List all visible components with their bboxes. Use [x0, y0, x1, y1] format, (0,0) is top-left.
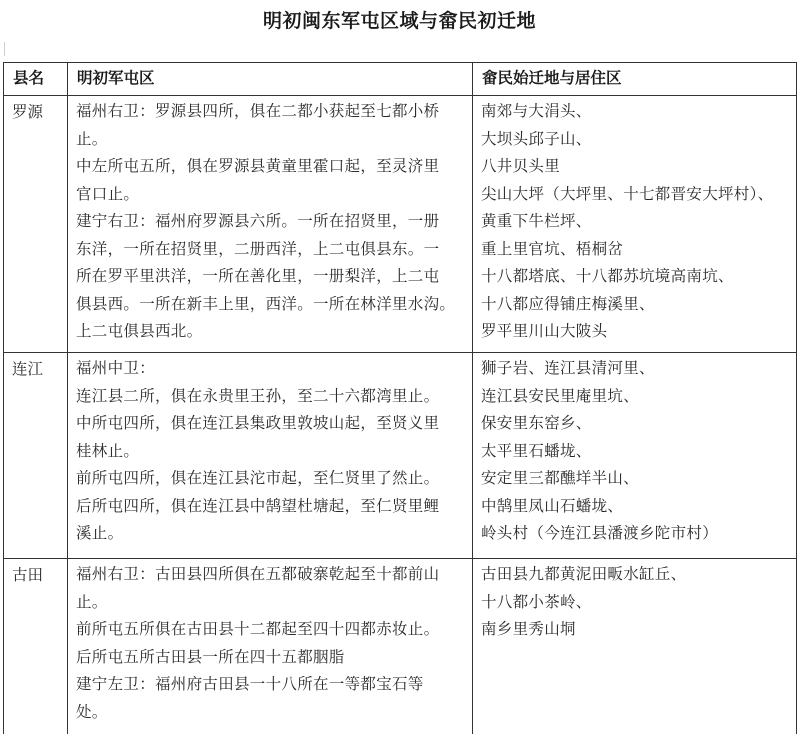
she-line: 黄重下牛栏坪、: [481, 208, 790, 236]
she-line: 岭头村（今连江县潘渡乡陀市村）: [481, 520, 790, 548]
military-line: 前所屯五所俱在古田县十二都起至四十四都赤妆止。: [76, 616, 466, 644]
she-line: 罗平里川山大陂头: [481, 318, 790, 346]
table-row: 罗源 福州右卫：罗源县四所，俱在二都小获起至七都小桥 止。 中左所屯五所，俱在罗…: [4, 96, 797, 353]
military-line: 止。: [76, 589, 466, 617]
military-line: 后所屯四所，俱在连江县中鹄望杜塘起，至仁贤里鲤: [76, 493, 466, 521]
header-military-colony: 明初军屯区: [68, 63, 473, 96]
she-line: 南郊与大涓头、: [481, 98, 790, 126]
military-line: 止。: [76, 126, 466, 154]
military-line: 连江县二所，俱在永贵里王孙，至二十六都湾里止。: [76, 383, 466, 411]
county-cell: 古田: [4, 559, 68, 734]
she-cell: 狮子岩、连江县清河里、 连江县安民里庵里坑、 保安里东窑乡、 太平里石蟠垅、 安…: [473, 353, 797, 559]
military-line: 溪止。: [76, 520, 466, 548]
military-cell: 福州右卫：古田县四所俱在五都破寨乾起至十都前山 止。 前所屯五所俱在古田县十二都…: [68, 559, 473, 734]
military-line: 福州中卫：: [76, 355, 466, 383]
military-line: 福州右卫：罗源县四所，俱在二都小获起至七都小桥: [76, 98, 466, 126]
military-cell: 福州右卫：罗源县四所，俱在二都小获起至七都小桥 止。 中左所屯五所，俱在罗源县黄…: [68, 96, 473, 353]
she-line: 古田县九都黄泥田畈水缸丘、: [481, 561, 790, 589]
military-line: 前所屯四所，俱在连江县沱市起，至仁贤里了然止。: [76, 465, 466, 493]
she-line: 狮子岩、连江县清河里、: [481, 355, 790, 383]
she-line: 安定里三都醮垟半山、: [481, 465, 790, 493]
table-header-row: 县名 明初军屯区 畲民始迁地与居住区: [4, 63, 797, 96]
document-title: 明初闽东军屯区域与畲民初迁地: [0, 6, 799, 33]
military-line: 上二屯俱县西北。: [76, 318, 466, 346]
she-line: 太平里石蟠垅、: [481, 438, 790, 466]
military-line: 建宁右卫：福州府罗源县六所。一所在招贤里，一册: [76, 208, 466, 236]
she-cell: 南郊与大涓头、 大坝头邱子山、 八井贝头里 尖山大坪（大坪里、十七都晋安大坪村）…: [473, 96, 797, 353]
she-cell: 古田县九都黄泥田畈水缸丘、 十八都小茶岭、 南乡里秀山垌: [473, 559, 797, 734]
she-line: 连江县安民里庵里坑、: [481, 383, 790, 411]
military-line: 建宁左卫：福州府古田县一十八所在一等都宝石等: [76, 671, 466, 699]
she-line: 十八都应得铺庄梅溪里、: [481, 291, 790, 319]
she-line: 保安里东窑乡、: [481, 410, 790, 438]
she-line: 尖山大坪（大坪里、十七都晋安大坪村）、: [481, 181, 790, 209]
military-line: 官口止。: [76, 181, 466, 209]
table-row: 古田 福州右卫：古田县四所俱在五都破寨乾起至十都前山 止。 前所屯五所俱在古田县…: [4, 559, 797, 734]
county-cell: 罗源: [4, 96, 68, 353]
military-colony-table: 县名 明初军屯区 畲民始迁地与居住区 罗源 福州右卫：罗源县四所，俱在二都小获起…: [3, 62, 797, 734]
military-line: 桂林止。: [76, 438, 466, 466]
military-line: 俱县西。一所在新丰上里，西洋。一所在林洋里水沟。: [76, 291, 466, 319]
military-cell: 福州中卫： 连江县二所，俱在永贵里王孙，至二十六都湾里止。 中所屯四所，俱在连江…: [68, 353, 473, 559]
military-line: 后所屯五所古田县一所在四十五都胭脂: [76, 644, 466, 672]
she-line: 中鹄里凤山石蟠垅、: [481, 493, 790, 521]
page-corner-mark: [0, 42, 5, 56]
table-row: 连江 福州中卫： 连江县二所，俱在永贵里王孙，至二十六都湾里止。 中所屯四所，俱…: [4, 353, 797, 559]
she-line: 十八都塔底、十八都苏坑境高南坑、: [481, 263, 790, 291]
she-line: 八井贝头里: [481, 153, 790, 181]
header-she-migration: 畲民始迁地与居住区: [473, 63, 797, 96]
she-line: 大坝头邱子山、: [481, 126, 790, 154]
county-cell: 连江: [4, 353, 68, 559]
military-line: 中所屯四所，俱在连江县集政里敦坡山起，至贤义里: [76, 410, 466, 438]
she-line: 南乡里秀山垌: [481, 616, 790, 644]
military-line: 处。: [76, 699, 466, 727]
she-line: 十八都小茶岭、: [481, 589, 790, 617]
she-line: 重上里官坑、梧桐岔: [481, 236, 790, 264]
military-line: 所在罗平里洪洋，一所在善化里，一册梨洋，上二屯: [76, 263, 466, 291]
military-line: 东洋，一所在招贤里，二册西洋，上二屯俱县东。一: [76, 236, 466, 264]
header-county: 县名: [4, 63, 68, 96]
military-line: 福州右卫：古田县四所俱在五都破寨乾起至十都前山: [76, 561, 466, 589]
military-line: 中左所屯五所，俱在罗源县黄童里霍口起，至灵济里: [76, 153, 466, 181]
